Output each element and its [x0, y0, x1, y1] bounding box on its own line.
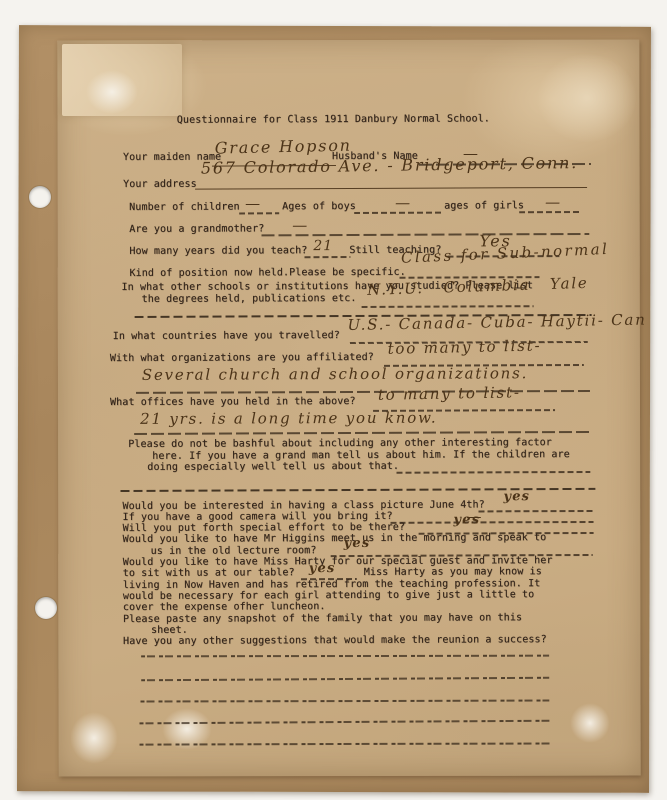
answer-ages-girls-dash: — [545, 193, 560, 211]
note-harty-line3: would be necessary for each girl attendi… [123, 589, 534, 602]
blank-line [134, 431, 590, 435]
blank-line [261, 233, 589, 236]
answer-line-2 [141, 677, 549, 681]
note-harty-line4: cover the expense ofher luncheon. [123, 601, 326, 613]
answer-line-3 [140, 700, 549, 703]
question-schools-line2: the degrees held, publications etc. [142, 293, 357, 305]
answer-higgins: yes [344, 536, 371, 551]
question-higgins-line1: Would you like to have Mr Higgins meet u… [123, 532, 547, 545]
answer-harty: yes [309, 561, 336, 576]
blank-line [239, 212, 279, 214]
blank-line [354, 212, 442, 214]
question-number-children: Number of children [129, 201, 240, 212]
answer-organizations-line1: too many to list- [387, 336, 541, 357]
blank-line [195, 187, 587, 190]
answer-offices-line1: to many to list- [378, 383, 521, 404]
question-countries: In what countries have you travelled? [113, 330, 340, 342]
answer-offices-line2: 21 yrs. is a long time you know. [140, 409, 437, 428]
question-higgins-line2: us in the old lecture room? [151, 545, 317, 557]
blank-line [478, 510, 593, 513]
blank-line [362, 305, 534, 308]
blank-line [136, 390, 590, 394]
note-snapshot-line2: sheet. [151, 625, 188, 636]
scanned-questionnaire-page: Questionnaire for Class 1911 Danbury Nor… [0, 0, 667, 800]
answer-years-taught: 21 [313, 238, 333, 254]
answer-class-picture: yes [503, 489, 530, 504]
note-bashful-line1: Please do not be bashful about including… [128, 437, 552, 450]
blank-line [391, 521, 594, 524]
blank-line [396, 471, 590, 474]
answer-address: 567 Colorado Ave. - Bridgeport, Conn. [201, 153, 578, 178]
answer-ages-boys-dash: — [395, 194, 410, 212]
question-offices: What offices have you held in the above? [110, 396, 356, 408]
answer-grandmother-dash: — [292, 216, 307, 234]
question-ages-boys: Ages of boys [282, 201, 356, 212]
question-class-picture: Would you be interested in having a clas… [122, 499, 484, 512]
question-grandmother: Are you a grandmother? [129, 223, 264, 235]
question-position-held: Kind of position now held.Please be spec… [129, 267, 405, 279]
note-harty-line1: Miss Harty as you may know is [364, 566, 542, 578]
answer-line-5 [139, 742, 549, 745]
answer-line-1 [141, 655, 549, 658]
question-harty-line2: to sit with us at our table? [123, 567, 295, 579]
question-address: Your address [123, 179, 197, 190]
blank-line [304, 256, 350, 258]
question-organizations: With what organizations are you affiliat… [110, 352, 374, 364]
answer-line-4 [139, 720, 549, 725]
note-bashful-line3: doing especially well tell us about that… [147, 461, 399, 473]
answer-organizations-line2: Several church and school organizations. [142, 364, 528, 384]
blank-line [519, 211, 581, 213]
note-bashful-line2: here. If you have a grand man tell us ab… [152, 449, 570, 462]
question-suggestions: Have you any other suggestions that woul… [123, 634, 547, 647]
note-snapshot-line1: Please paste any snapshot of the family … [123, 612, 522, 625]
answer-special-effort: yes [453, 512, 480, 527]
typed-form-content: Questionnaire for Class 1911 Danbury Nor… [0, 0, 667, 800]
question-ages-girls: ages of girls [444, 200, 524, 211]
answer-children-dash: — [245, 194, 260, 212]
question-years-taught: How many years did you teach? [129, 245, 307, 257]
page-title: Questionnaire for Class 1911 Danbury Nor… [177, 113, 490, 125]
